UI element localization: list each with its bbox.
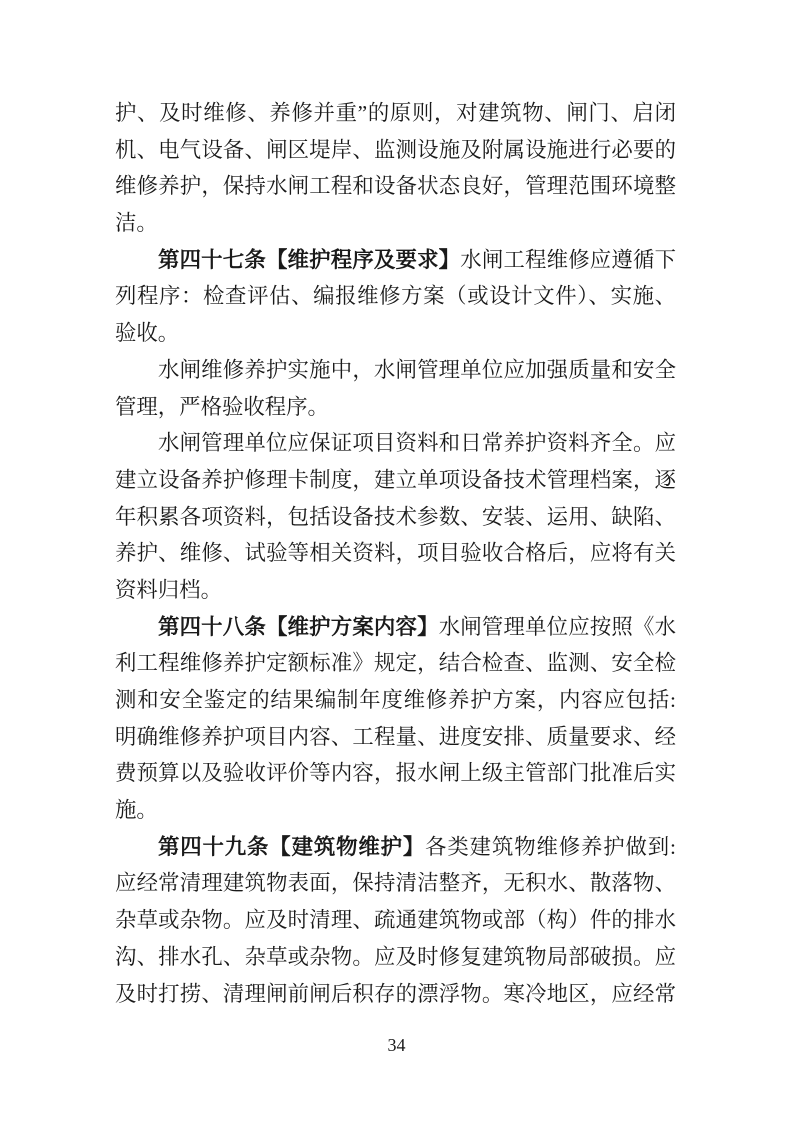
page-number: 34	[0, 1033, 793, 1057]
text-line: 机、电气设备、闸区堤岸、监测设施及附属设施进行必要的	[115, 132, 676, 169]
text-line: 费预算以及验收评价等内容，报水闸上级主管部门批准后实	[115, 755, 676, 792]
document-body: 护、及时维修、养修并重”的原则，对建筑物、闸门、启闭机、电气设备、闸区堤岸、监测…	[115, 95, 676, 1012]
text-line: 列程序：检查评估、编报维修方案（或设计文件）、实施、	[115, 278, 676, 315]
text-line: 洁。	[115, 205, 676, 242]
text-line: 施。	[115, 792, 676, 829]
article-heading: 第四十七条【维护程序及要求】	[158, 248, 460, 272]
text-line: 利工程维修养护定额标准》规定，结合检查、监测、安全检	[115, 645, 676, 682]
text-line: 养护、维修、试验等相关资料，项目验收合格后，应将有关	[115, 535, 676, 572]
text-line: 第四十九条【建筑物维护】各类建筑物维修养护做到:	[115, 829, 676, 866]
text-line: 及时打捞、清理闸前闸后积存的漂浮物。寒冷地区，应经常	[115, 976, 676, 1013]
text-line: 沟、排水孔、杂草或杂物。应及时修复建筑物局部破损。应	[115, 939, 676, 976]
text-line: 资料归档。	[115, 572, 676, 609]
text-line: 水闸维修养护实施中，水闸管理单位应加强质量和安全	[115, 352, 676, 389]
text-line: 年积累各项资料，包括设备技术参数、安装、运用、缺陷、	[115, 499, 676, 536]
text-line: 测和安全鉴定的结果编制年度维修养护方案，内容应包括:	[115, 682, 676, 719]
text-line: 验收。	[115, 315, 676, 352]
article-heading: 第四十九条【建筑物维护】	[158, 835, 425, 859]
text-line: 杂草或杂物。应及时清理、疏通建筑物或部（构）件的排水	[115, 902, 676, 939]
text-line: 明确维修养护项目内容、工程量、进度安排、质量要求、经	[115, 719, 676, 756]
article-heading: 第四十八条【维护方案内容】	[158, 615, 439, 639]
text-line: 建立设备养护修理卡制度，建立单项设备技术管理档案，逐	[115, 462, 676, 499]
document-page: 护、及时维修、养修并重”的原则，对建筑物、闸门、启闭机、电气设备、闸区堤岸、监测…	[0, 0, 793, 1122]
text-line: 护、及时维修、养修并重”的原则，对建筑物、闸门、启闭	[115, 95, 676, 132]
text-line: 维修养护，保持水闸工程和设备状态良好，管理范围环境整	[115, 168, 676, 205]
text-line: 应经常清理建筑物表面，保持清洁整齐，无积水、散落物、	[115, 865, 676, 902]
text-line: 管理，严格验收程序。	[115, 389, 676, 426]
text-line: 水闸管理单位应保证项目资料和日常养护资料齐全。应	[115, 425, 676, 462]
text-line: 第四十八条【维护方案内容】水闸管理单位应按照《水	[115, 609, 676, 646]
text-line: 第四十七条【维护程序及要求】水闸工程维修应遵循下	[115, 242, 676, 279]
